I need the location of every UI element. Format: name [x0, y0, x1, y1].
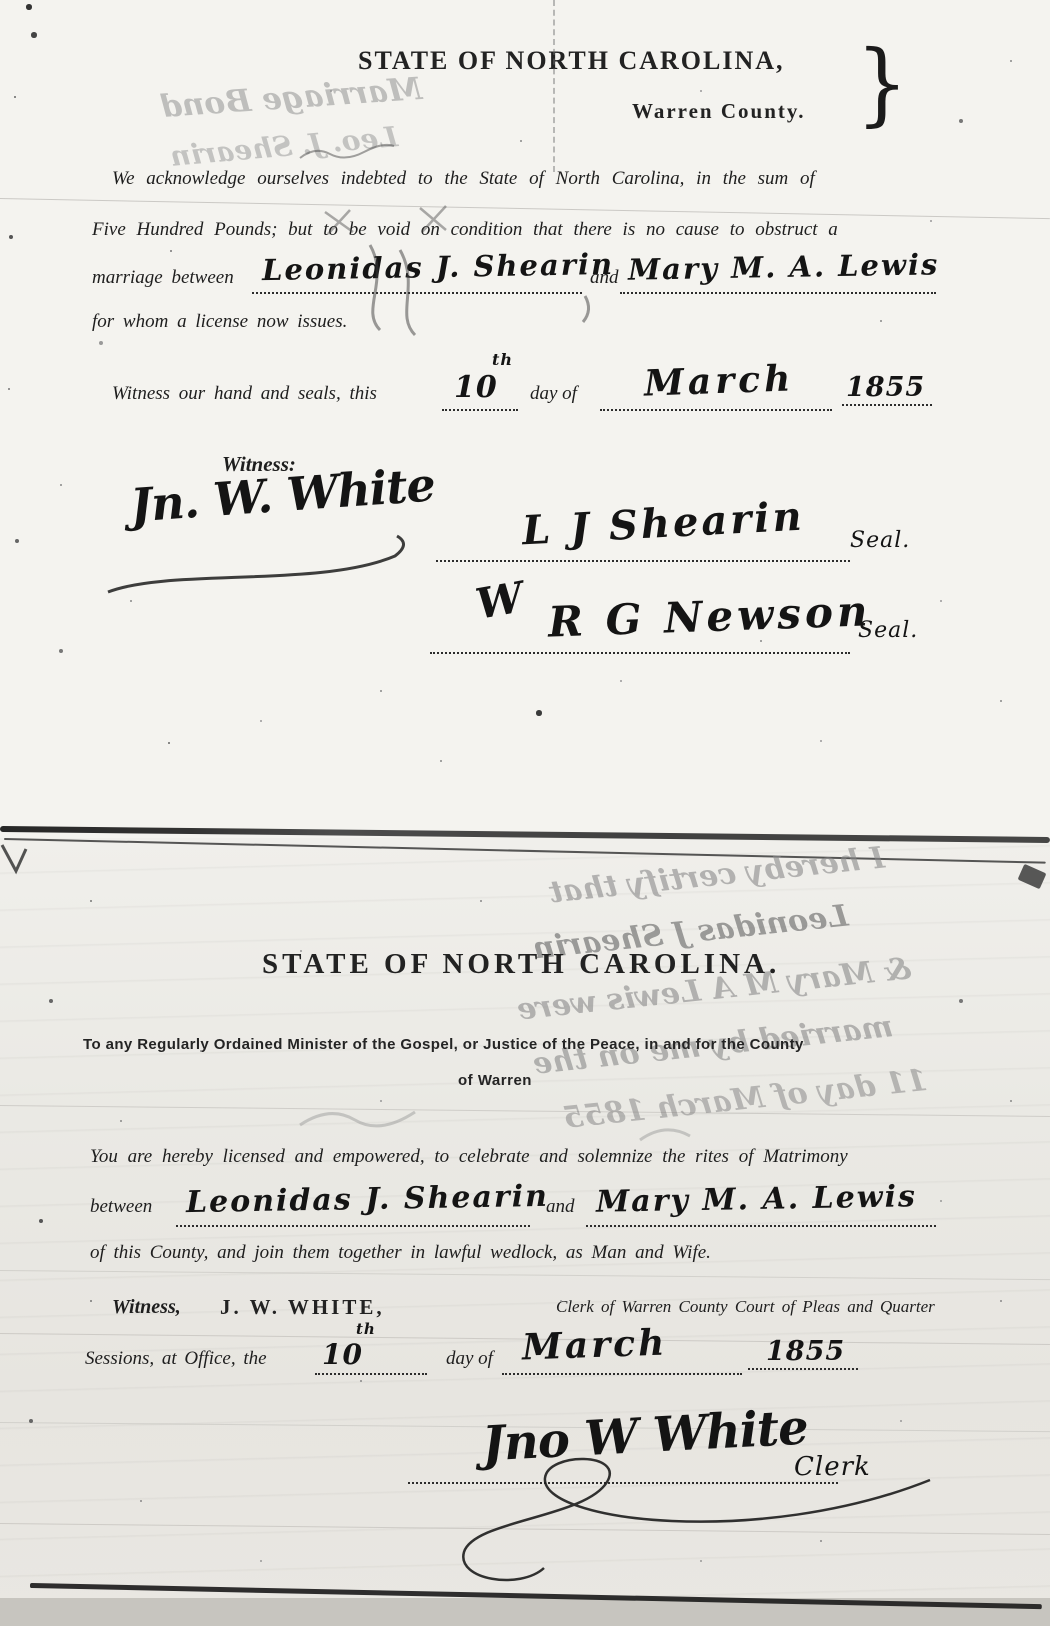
ink-flourishes — [0, 0, 1050, 1626]
paper-tear-mark — [2, 845, 26, 871]
ink-smudge — [325, 206, 446, 234]
ink-smudge — [583, 296, 589, 322]
scanned-marriage-bond-page: Marriage Bond Leo. J. Shearin STATE OF N… — [0, 0, 1050, 1626]
ink-smudge — [300, 145, 394, 158]
ink-smudge — [370, 245, 415, 335]
signature-flourish — [108, 536, 404, 592]
bleedthrough-marks — [300, 1112, 690, 1140]
clerk-signature-flourish — [463, 1459, 930, 1580]
scan-speckles — [0, 0, 2, 2]
